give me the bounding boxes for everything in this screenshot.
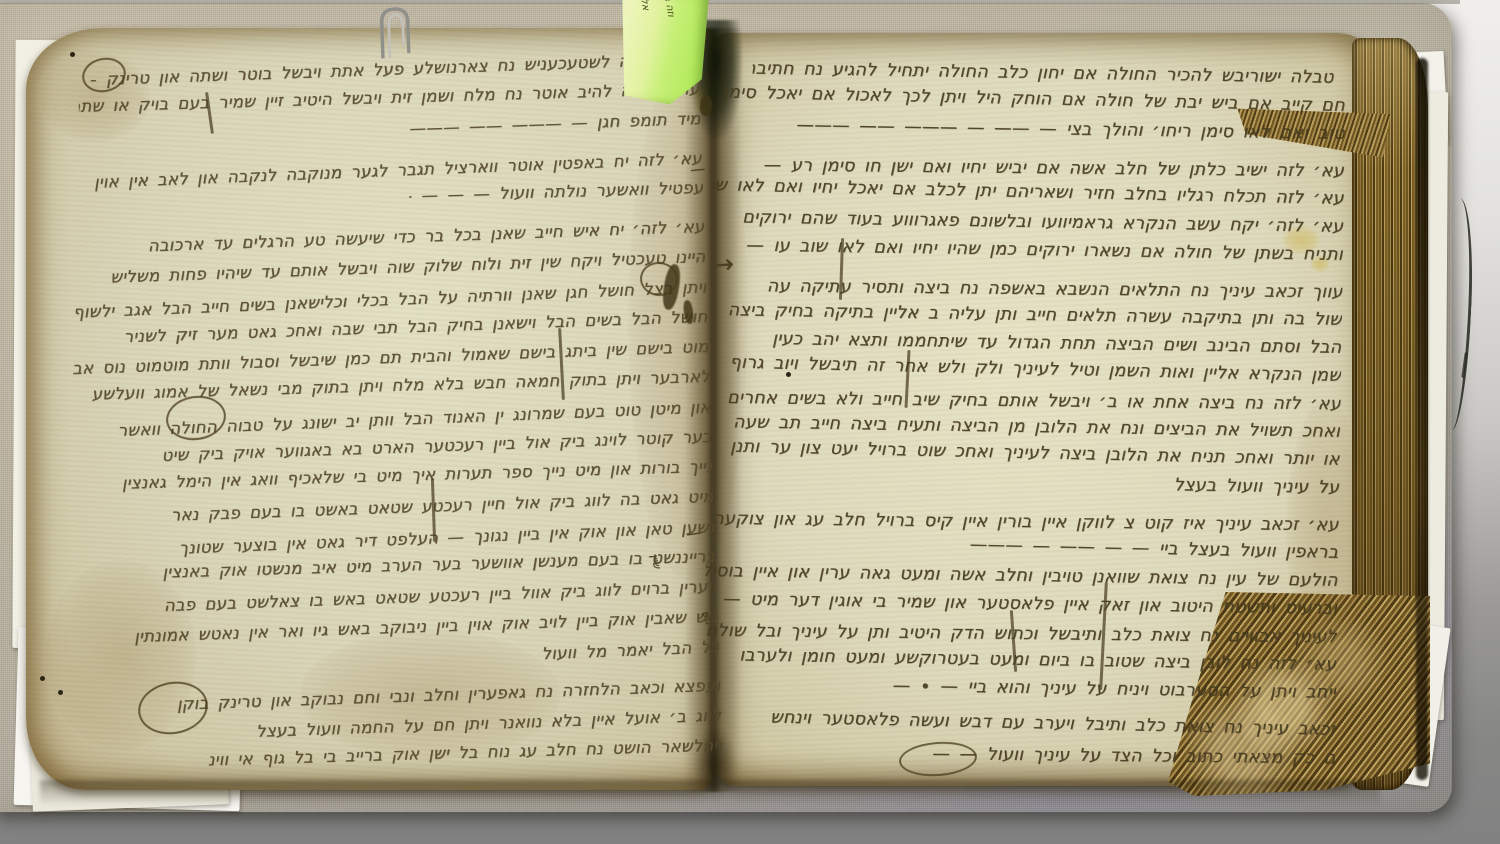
paper-clip[interactable] <box>371 1 419 59</box>
margin-mark: — <box>689 159 706 178</box>
margin-mark: → <box>711 249 735 280</box>
margin-mark: — <box>685 523 702 543</box>
pinhole-dot <box>58 690 63 695</box>
manuscript-line: כל הבל יאמר מל וועול <box>507 632 719 670</box>
sticky-note-writing: וזה ב <box>662 0 676 18</box>
right-page-handwriting: טבלה ישוריבש להכיר החולה אם יחון כלב החו… <box>703 54 1346 772</box>
pinhole-dot <box>40 676 45 681</box>
fore-edge-shadow-gap <box>1416 58 1428 780</box>
pinhole-dot <box>786 372 791 377</box>
cover-top-seam <box>0 0 1460 4</box>
pinhole-dot <box>70 52 75 57</box>
book-bottom-shadow <box>40 780 1380 806</box>
manuscript-line: על עיניך וועול בעצל <box>1149 471 1339 502</box>
manuscript-line: זכאב עיניך נח צואת כלב ותיבל ויערב עם דב… <box>754 703 1336 744</box>
scanned-manuscript-book: נו טוסגולה לשטעכעניש נח צארנושלע פעל אתת… <box>0 0 1500 844</box>
left-page-handwriting: נו טוסגולה לשטעכעניש נח צארנושלע פעל אתת… <box>58 44 723 783</box>
sticky-note-writing: אלי <box>638 0 651 11</box>
